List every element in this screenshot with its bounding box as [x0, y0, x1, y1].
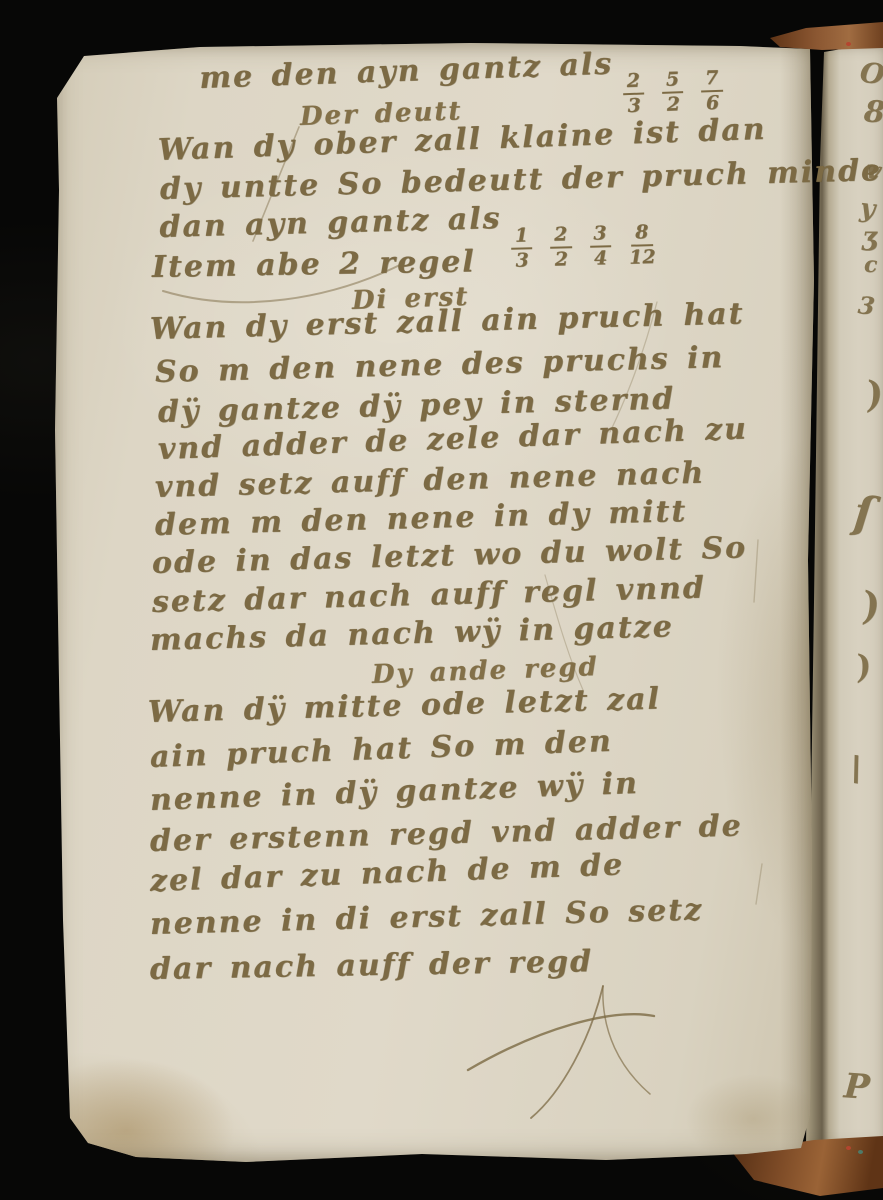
cut-off-letter: y	[859, 195, 877, 222]
cut-off-letter: ʒ	[862, 224, 877, 250]
cut-off-letter: v	[864, 157, 883, 185]
cut-off-letter: )	[853, 649, 873, 683]
cut-off-letter: )	[860, 585, 882, 625]
cut-off-letter: \	[848, 751, 865, 786]
cut-off-letter: P	[843, 1069, 871, 1105]
cut-off-letter: 8	[863, 97, 883, 128]
cut-off-letter: c	[864, 254, 877, 276]
pigment-speck	[858, 1150, 863, 1154]
pigment-speck	[846, 42, 851, 46]
cut-off-letter: 3	[857, 293, 876, 319]
cut-off-letter: ſ	[852, 491, 875, 537]
pigment-speck	[846, 1146, 851, 1150]
manuscript-page	[50, 40, 814, 1164]
cut-off-letter: O	[858, 58, 883, 89]
binding-leather-top	[770, 20, 883, 52]
scan-background: O8vyʒc3)ſ))\P me den ayn gantz als235276…	[0, 0, 883, 1200]
cut-off-letter: )	[864, 375, 883, 413]
